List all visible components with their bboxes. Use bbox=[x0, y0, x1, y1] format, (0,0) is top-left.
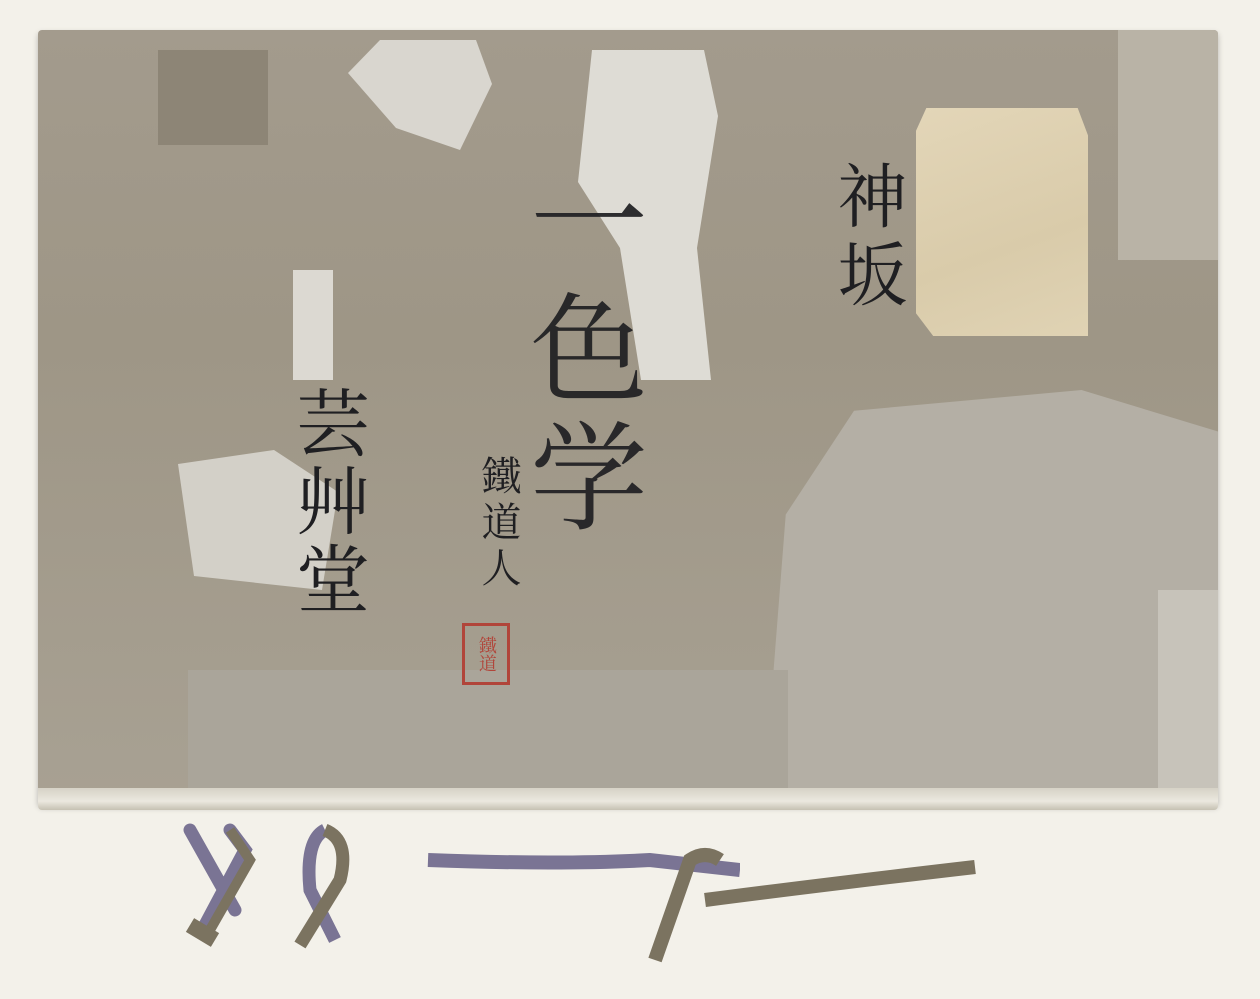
photograph: 一色学 芸艸堂 神坂 鐵道人 鐵道 bbox=[0, 0, 1260, 999]
tie-4 bbox=[700, 855, 980, 915]
worn-patch bbox=[1158, 590, 1218, 805]
right-inscription: 神坂 bbox=[832, 160, 902, 316]
red-seal-stamp: 鐵道 bbox=[462, 623, 510, 685]
tie-2 bbox=[280, 820, 370, 960]
worn-patch bbox=[348, 40, 508, 150]
signature: 鐵道人 bbox=[478, 455, 518, 593]
tie-3 bbox=[420, 840, 740, 970]
title-calligraphy: 一色学 bbox=[520, 160, 638, 544]
tie-1 bbox=[175, 820, 285, 950]
blank-paper-label bbox=[916, 108, 1088, 336]
cover-bottom-edge bbox=[38, 788, 1218, 810]
worn-patch bbox=[293, 270, 333, 380]
worn-patch bbox=[188, 670, 788, 805]
worn-patch bbox=[158, 50, 268, 145]
left-inscription: 芸艸堂 bbox=[290, 385, 364, 619]
worn-patch bbox=[1118, 30, 1218, 260]
worn-patch bbox=[763, 390, 1218, 805]
